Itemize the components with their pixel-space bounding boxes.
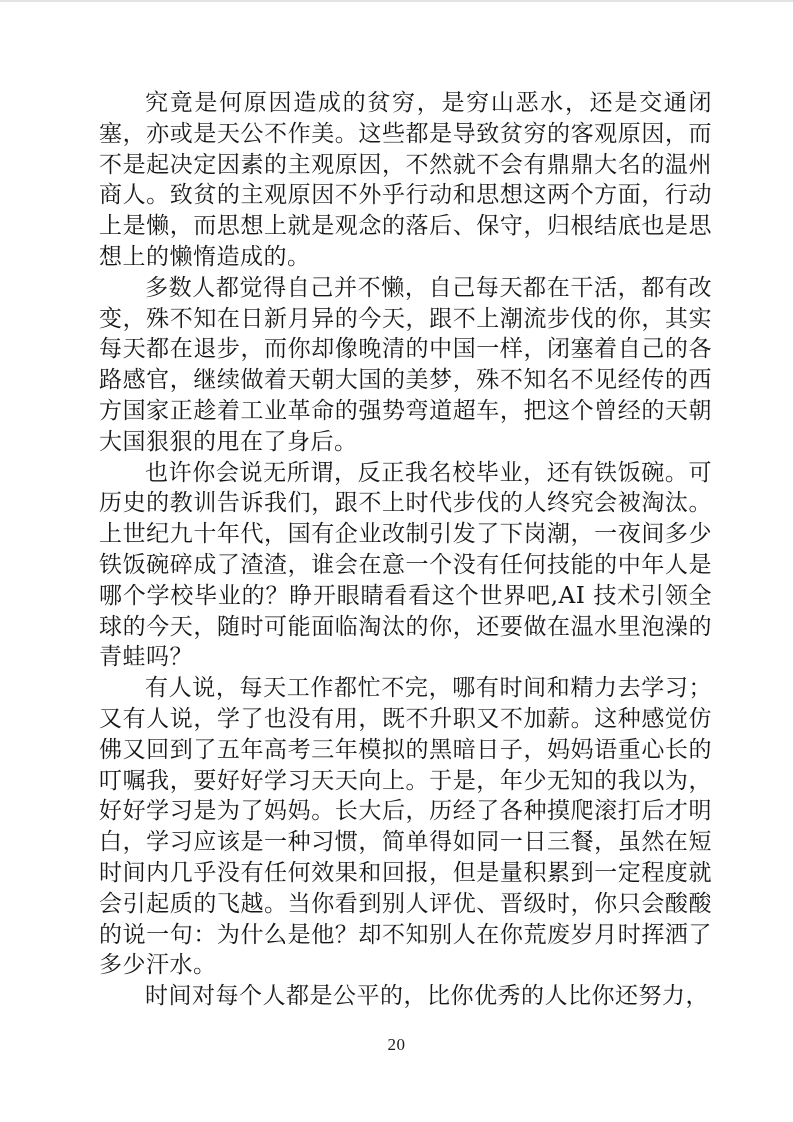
paragraph: 有人说，每天工作都忙不完，哪有时间和精力去学习；又有人说，学了也没有用，既不升职… <box>99 673 712 981</box>
page-number: 20 <box>0 1035 793 1055</box>
paragraph: 也许你会说无所谓，反正我名校毕业，还有铁饭碗。可历史的教训告诉我们，跟不上时代步… <box>99 458 712 674</box>
document-page: { "page": { "number": "20" }, "colors": … <box>0 0 793 1122</box>
paragraph: 多数人都觉得自己并不懒，自己每天都在干活，都有改变，殊不知在日新月异的今天，跟不… <box>99 273 712 458</box>
paragraph: 时间对每个人都是公平的，比你优秀的人比你还努力， <box>99 981 712 1012</box>
paragraph: 究竟是何原因造成的贫穷，是穷山恶水，还是交通闭塞，亦或是天公不作美。这些都是导致… <box>99 88 712 273</box>
scan-top-edge <box>0 0 793 2</box>
text-body: 究竟是何原因造成的贫穷，是穷山恶水，还是交通闭塞，亦或是天公不作美。这些都是导致… <box>99 88 712 1012</box>
